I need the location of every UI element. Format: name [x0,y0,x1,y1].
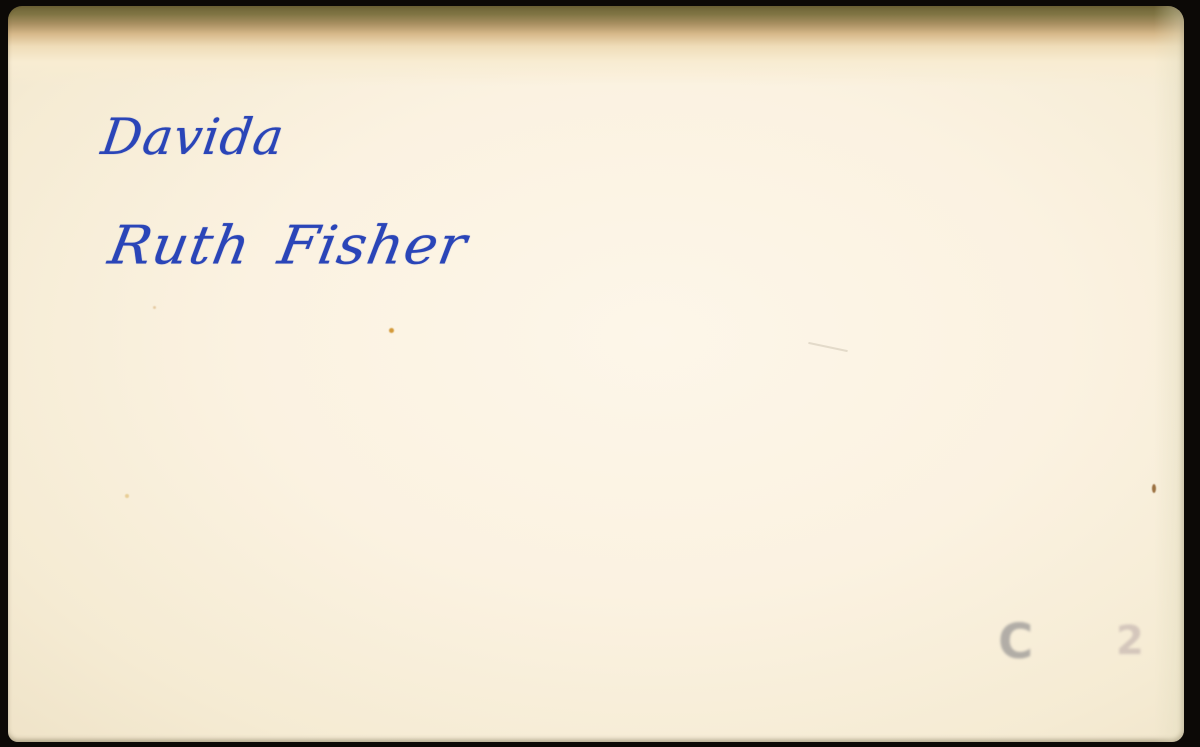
stamp-number: 2 [1116,618,1144,664]
paper-scratch [808,342,848,352]
photo-card-back: Davida Ruth Fisher C 2 [8,6,1184,742]
stain-speck [153,306,156,309]
handwritten-full-name: Ruth Fisher [104,215,472,277]
stain-speck [389,328,394,333]
stain-speck [1152,484,1156,493]
stain-speck [125,494,129,498]
stamp-letter: C [998,614,1033,670]
scan-background: Davida Ruth Fisher C 2 [0,0,1200,747]
handwritten-first-name: Davida [98,108,288,166]
